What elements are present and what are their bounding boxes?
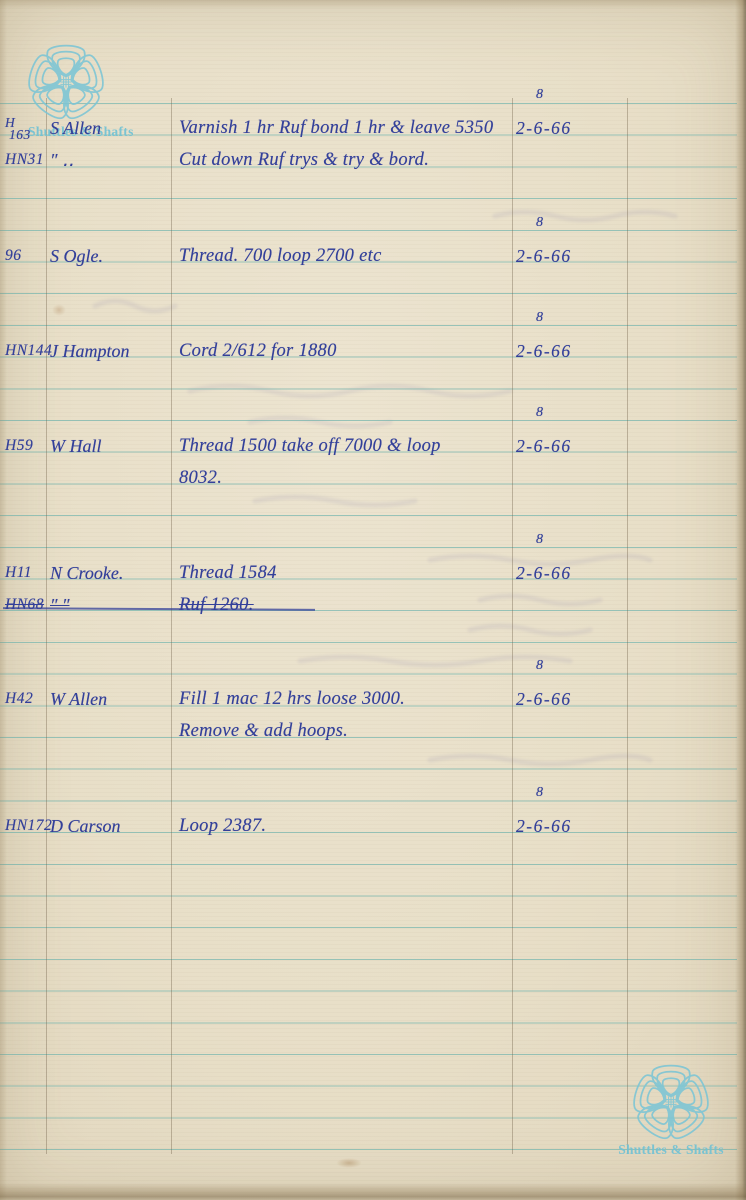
date-superscript: 8	[536, 786, 545, 800]
entry-name: S Allen	[50, 114, 178, 142]
entry-description: Ruf 1260.	[179, 591, 514, 619]
entry-id: HN68	[5, 591, 51, 619]
entry-date: 82-6-66	[516, 685, 572, 713]
ledger-line: H59W HallThread 1500 take off 7000 & loo…	[0, 432, 746, 460]
entry-date: 82-6-66	[516, 114, 572, 142]
entry-description: Thread 1584	[179, 559, 514, 587]
ledger-line: HN68″ ″Ruf 1260.	[0, 591, 746, 619]
entry-description: 8032.	[179, 464, 514, 492]
entry-description: Remove & add hoops.	[179, 717, 514, 745]
ledger-line: Remove & add hoops.	[0, 717, 746, 745]
ledger-rows: H163S AllenVarnish 1 hr Ruf bond 1 hr & …	[0, 0, 746, 1200]
ledger-line: 8032.	[0, 464, 746, 492]
entry-name: ″ ″	[50, 591, 178, 619]
entry-id: H59	[5, 432, 51, 460]
entry-date: 82-6-66	[516, 242, 572, 270]
date-superscript: 8	[536, 659, 545, 673]
entry-name: W Allen	[50, 685, 178, 713]
entry-description: Loop 2387.	[179, 812, 514, 840]
ledger-line: HN172D CarsonLoop 2387.82-6-66	[0, 812, 746, 840]
entry-id: HN172	[5, 812, 51, 840]
ledger-line: H42W AllenFill 1 mac 12 hrs loose 3000.8…	[0, 685, 746, 713]
date-superscript: 8	[536, 311, 545, 325]
date-superscript: 8	[536, 533, 545, 547]
entry-id: HN31	[5, 146, 51, 174]
entry-description: Varnish 1 hr Ruf bond 1 hr & leave 5350	[179, 114, 514, 142]
entry-date: 82-6-66	[516, 559, 572, 587]
entry-id: HN144	[5, 337, 51, 365]
ledger-line: HN31″ ‥Cut down Ruf trys & try & bord.	[0, 146, 746, 174]
ledger-page: Shuttles & Shafts Shuttles & Shafts H163…	[0, 0, 746, 1200]
entry-description: Thread 1500 take off 7000 & loop	[179, 432, 514, 460]
entry-id: H163	[5, 114, 51, 142]
entry-id: H42	[5, 685, 51, 713]
entry-description: Cut down Ruf trys & try & bord.	[179, 146, 514, 174]
entry-date: 82-6-66	[516, 432, 572, 460]
entry-name: J Hampton	[50, 337, 178, 365]
date-superscript: 8	[536, 406, 545, 420]
entry-name: W Hall	[50, 432, 178, 460]
date-superscript: 8	[536, 216, 545, 230]
entry-name: S Ogle.	[50, 242, 178, 270]
entry-date: 82-6-66	[516, 812, 572, 840]
entry-description: Fill 1 mac 12 hrs loose 3000.	[179, 685, 514, 713]
entry-name: N Crooke.	[50, 559, 178, 587]
entry-id: H11	[5, 559, 51, 587]
date-superscript: 8	[536, 88, 545, 102]
entry-id: 96	[5, 242, 51, 270]
entry-name: D Carson	[50, 812, 178, 840]
ledger-line: H11N Crooke.Thread 158482-6-66	[0, 559, 746, 587]
entry-description: Cord 2/612 for 1880	[179, 337, 514, 365]
entry-description: Thread. 700 loop 2700 etc	[179, 242, 514, 270]
ledger-line: 96S Ogle.Thread. 700 loop 2700 etc82-6-6…	[0, 242, 746, 270]
ledger-line: H163S AllenVarnish 1 hr Ruf bond 1 hr & …	[0, 114, 746, 142]
entry-name: ″ ‥	[50, 146, 178, 174]
ledger-line: HN144J HamptonCord 2/612 for 188082-6-66	[0, 337, 746, 365]
entry-date: 82-6-66	[516, 337, 572, 365]
